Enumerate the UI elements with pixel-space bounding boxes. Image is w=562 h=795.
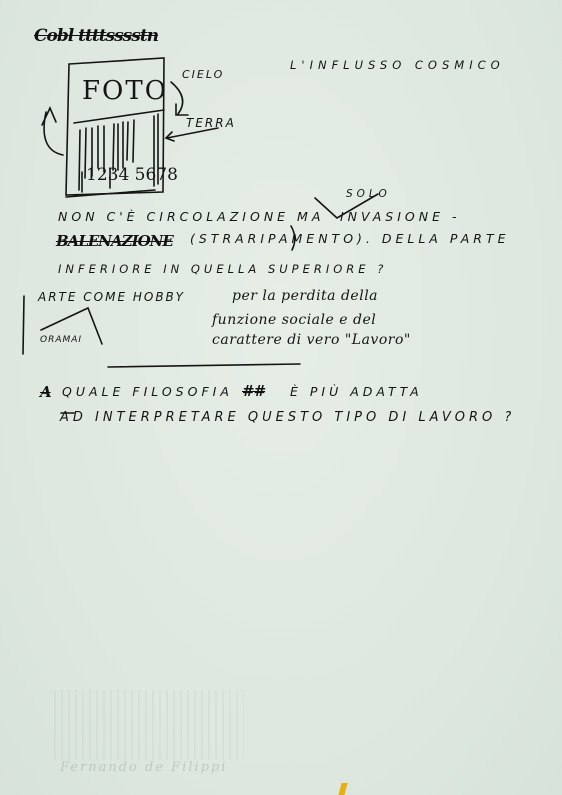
- p2-line1-script: per la perdita della: [232, 288, 378, 304]
- insert-solo: SOLO: [346, 188, 391, 200]
- foto-label: FOTO: [82, 76, 168, 106]
- p2-line1-caps: ARTE COME HOBBY: [38, 290, 185, 304]
- insert-oramai: ORAMAI: [40, 335, 82, 345]
- p3-line1: QUALE FILOSOFIA: [62, 384, 233, 399]
- p1-line1: NON C'È CIRCOLAZIONE MA: [58, 209, 324, 224]
- ghost-signature: Fernando de Filippi: [60, 760, 227, 775]
- p2-line2-script: funzione sociale e del: [212, 312, 376, 328]
- p1-line2: (STRARIPAMENTO). DELLA PARTE: [190, 231, 510, 246]
- cielo-label: CIELO: [182, 68, 224, 81]
- p3-line1-end: È PIÙ ADATTA: [290, 384, 423, 399]
- paper-page: Cobl ttttsssstn: [0, 0, 562, 795]
- foto-numbers: 1234 5678: [86, 165, 178, 185]
- title-influsso-cosmico: L'INFLUSSO COSMICO: [290, 58, 505, 72]
- p2-line3-script: carattere di vero "Lavoro": [212, 332, 411, 348]
- terra-label: TERRA: [186, 116, 236, 130]
- p1-line1-end: INVASIONE -: [340, 209, 460, 224]
- p3-struck-mid: ##: [242, 382, 265, 400]
- p1-line3: INFERIORE IN QUELLA SUPERIORE ?: [58, 262, 387, 276]
- p3-line2: AD INTERPRETARE QUESTO TIPO DI LAVORO ?: [60, 410, 515, 425]
- p3-struck-prefix: A: [40, 383, 51, 401]
- ghost-barcode-bleed: [54, 690, 244, 760]
- p1-struck-word: BALENAZIONE: [56, 232, 173, 250]
